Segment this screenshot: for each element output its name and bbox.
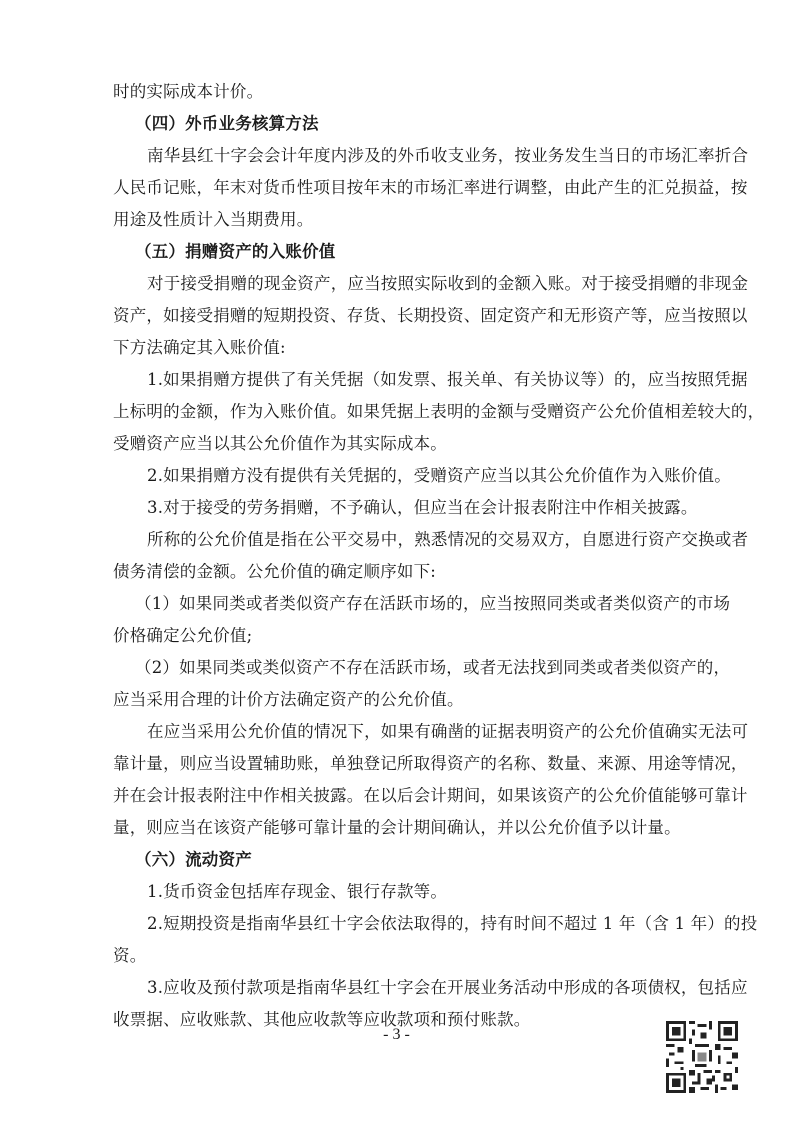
text-line: 受赠资产应当以其公允价值作为其实际成本。 xyxy=(113,428,713,460)
text-line: 资产，如接受捐赠的短期投资、存货、长期投资、固定资产和无形资产等，应当按照以 xyxy=(113,300,713,332)
text-line: 在应当采用公允价值的情况下，如果有确凿的证据表明资产的公允价值确实无法可 xyxy=(113,716,713,748)
text-line: 价格确定公允价值; xyxy=(113,620,713,652)
section-heading: （四）外币业务核算方法 xyxy=(113,108,713,140)
text-line: 3.对于接受的劳务捐赠，不予确认，但应当在会计报表附注中作相关披露。 xyxy=(113,492,713,524)
text-line: 应当采用合理的计价方法确定资产的公允价值。 xyxy=(113,684,713,716)
text-line: 下方法确定其入账价值: xyxy=(113,332,713,364)
document-page: 时的实际成本计价。（四）外币业务核算方法南华县红十字会会计年度内涉及的外币收支业… xyxy=(113,76,713,1036)
section-heading: （五）捐赠资产的入账价值 xyxy=(113,236,713,268)
text-line: 人民币记账，年末对货币性项目按年末的市场汇率进行调整，由此产生的汇兑损益，按 xyxy=(113,172,713,204)
text-line: 并在会计报表附注中作相关披露。在以后会计期间，如果该资产的公允价值能够可靠计 xyxy=(113,780,713,812)
text-line: 资。 xyxy=(113,940,713,972)
text-line: 债务清偿的金额。公允价值的确定顺序如下: xyxy=(113,556,713,588)
text-line: 2.短期投资是指南华县红十字会依法取得的，持有时间不超过 1 年（含 1 年）的… xyxy=(113,908,713,940)
text-line: 1.如果捐赠方提供了有关凭据（如发票、报关单、有关协议等）的，应当按照凭据 xyxy=(113,364,713,396)
text-line: 量，则应当在该资产能够可靠计量的会计期间确认，并以公允价值予以计量。 xyxy=(113,812,713,844)
text-line: （2）如果同类或类似资产不存在活跃市场，或者无法找到同类或者类似资产的， xyxy=(113,652,713,684)
text-line: 2.如果捐赠方没有提供有关凭据的，受赠资产应当以其公允价值作为入账价值。 xyxy=(113,460,713,492)
text-line: 上标明的金额，作为入账价值。如果凭据上表明的金额与受赠资产公允价值相差较大的， xyxy=(113,396,713,428)
text-line: （1）如果同类或者类似资产存在活跃市场的，应当按照同类或者类似资产的市场 xyxy=(113,588,713,620)
text-line: 1.货币资金包括库存现金、银行存款等。 xyxy=(113,876,713,908)
section-heading: （六）流动资产 xyxy=(113,844,713,876)
text-line: 南华县红十字会会计年度内涉及的外币收支业务，按业务发生当日的市场汇率折合 xyxy=(113,140,713,172)
text-line: 用途及性质计入当期费用。 xyxy=(113,204,713,236)
document-body: 时的实际成本计价。（四）外币业务核算方法南华县红十字会会计年度内涉及的外币收支业… xyxy=(113,76,713,1036)
text-line: 对于接受捐赠的现金资产，应当按照实际收到的金额入账。对于接受捐赠的非现金 xyxy=(113,268,713,300)
text-line: 所称的公允价值是指在公平交易中，熟悉情况的交易双方，自愿进行资产交换或者 xyxy=(113,524,713,556)
qr-code-icon xyxy=(666,1021,738,1093)
text-line: 靠计量，则应当设置辅助账，单独登记所取得资产的名称、数量、来源、用途等情况， xyxy=(113,748,713,780)
text-line: 时的实际成本计价。 xyxy=(113,76,713,108)
text-line: 3.应收及预付款项是指南华县红十字会在开展业务活动中形成的各项债权，包括应 xyxy=(113,972,713,1004)
